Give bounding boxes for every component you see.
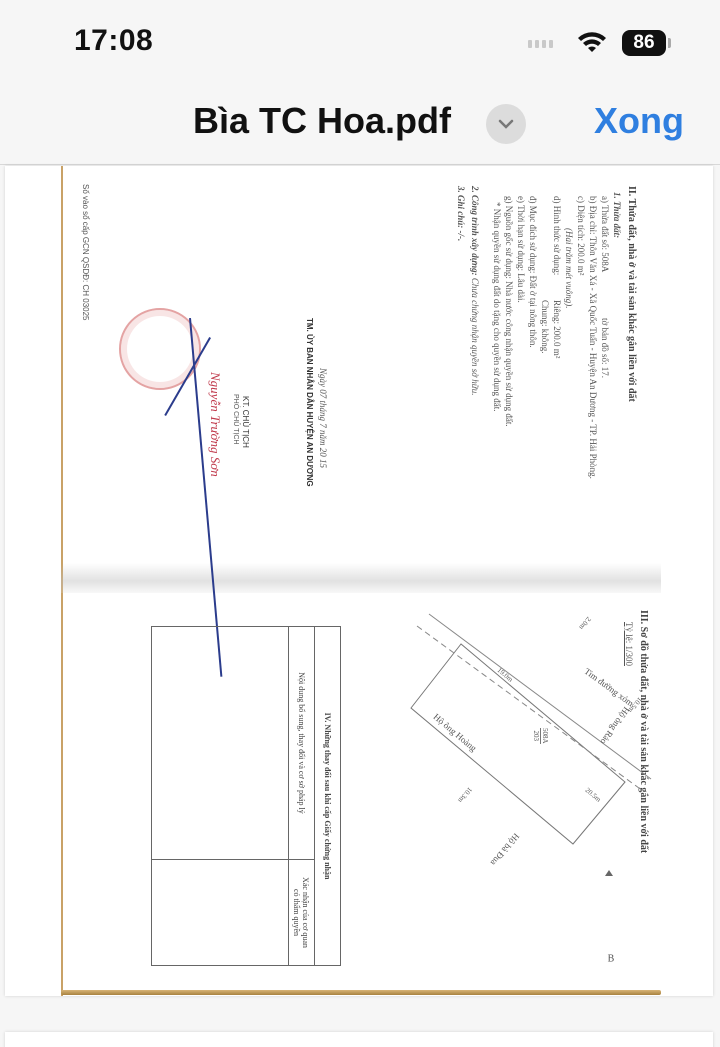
construction-label: 2. Công trình xây dựng: [470, 186, 480, 276]
changes-cell [152, 860, 289, 966]
section-4-title: IV. Những thay đổi sau khi cấp Giấy chứn… [315, 627, 341, 966]
status-bar: 17:08 86 [0, 0, 720, 90]
confirmation-line2: có thẩm quyền [293, 861, 302, 964]
notes: 3. Ghi chú: -/-. [455, 186, 467, 241]
confirmation-line1: Xác nhận của cơ quan [302, 861, 311, 964]
usage-origin: g) Nguồn gốc sử dụng: Nhà nước công nhận… [503, 196, 515, 427]
issuing-authority: TM. ỦY BAN NHÂN DÂN HUYỆN AN DƯƠNG [303, 318, 315, 487]
section-2-title: II. Thửa đất, nhà ở và tài sản khác gắn … [626, 186, 637, 402]
usage-shared: Chung: không. [539, 300, 551, 354]
clock: 17:08 [74, 24, 153, 58]
usage-purpose: đ) Mục đích sử dụng: Đất ở tại nông thôn… [527, 196, 539, 348]
usage-origin-note: * Nhận quyền sử dụng đất do tặng cho quy… [491, 202, 503, 411]
usage-private: Riêng: 200.0 m² [551, 300, 563, 358]
divider [0, 164, 720, 165]
subsection-1-title: 1. Thửa đất: [611, 192, 623, 238]
done-button[interactable]: Xong [594, 100, 684, 142]
pdf-page[interactable]: II. Thửa đất, nhà ở và tài sản khác gắn … [5, 166, 713, 996]
parcel-area-label: 203 [532, 728, 540, 744]
certificate-scan: II. Thửa đất, nhà ở và tài sản khác gắn … [61, 168, 661, 994]
official-stamp [119, 308, 201, 390]
changes-col-content: Nội dung bổ sung, thay đổi và cơ sở pháp… [289, 627, 315, 860]
usage-term: e) Thời hạn sử dụng: Lâu dài. [515, 196, 527, 303]
map-sheet: tờ bản đồ số: 17. [599, 318, 611, 378]
pdf-next-page[interactable] [5, 1032, 713, 1047]
signer-name: Nguyễn Trường Sơn [207, 372, 223, 477]
area-words: (Hai trăm mét vuông). [563, 228, 575, 309]
signer-title: PHÓ CHỦ TỊCH [229, 394, 241, 444]
construction: 2. Công trình xây dựng: Chưa chứng nhận … [469, 186, 481, 395]
north-label: B [608, 953, 615, 965]
wifi-icon [575, 27, 609, 55]
paper-edge [61, 990, 661, 995]
chevron-down-icon[interactable] [486, 104, 526, 144]
changes-cell [152, 627, 289, 860]
signal-dots-icon [528, 40, 553, 48]
parcel-id: 508A [540, 728, 549, 744]
document-title[interactable]: Bìa TC Hoa.pdf [193, 100, 451, 142]
certificate-right-page: III. Sơ đồ thửa đất, nhà ở và tài sản kh… [61, 586, 661, 994]
battery-indicator: 86 [622, 30, 666, 56]
address: b) Địa chỉ: Thôn Văn Xá - Xã Quốc Tuấn -… [587, 196, 599, 479]
parcel-number: a) Thửa đất số: 508A [599, 196, 611, 272]
construction-value: Chưa chứng nhận quyền sở hữu. [470, 278, 480, 396]
registry-number: Số vào sổ cấp GCN QSDĐ: CH 03025 [79, 184, 91, 321]
parcel-label: 508A 203 [532, 728, 549, 744]
area: c) Diện tích: 200.0 m² [575, 196, 587, 275]
usage-form: d) Hình thức sử dụng: [551, 196, 563, 275]
certificate-left-page: II. Thửa đất, nhà ở và tài sản khác gắn … [61, 168, 661, 568]
changes-col-confirmation: Xác nhận của cơ quan có thẩm quyền [289, 860, 315, 966]
issue-date: Ngày 07 tháng 7 năm 20 15 [317, 368, 329, 468]
changes-table: IV. Những thay đổi sau khi cấp Giấy chứn… [151, 626, 341, 966]
